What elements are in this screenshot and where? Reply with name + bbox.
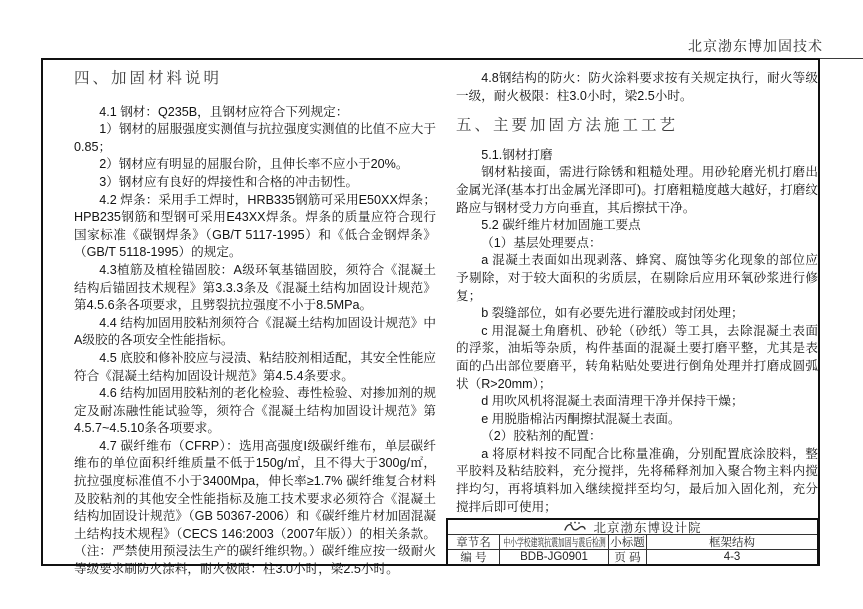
paragraph: e 用脱脂棉沾丙酮擦拭混凝土表面。 [456,411,818,429]
paragraph: 4.7 碳纤维布（CFRP）：选用高强度Ⅰ级碳纤维布，单层碳纤维布的单位面积纤维… [74,438,436,579]
paragraph: 3）钢材应有良好的焊接性和合格的冲击韧性。 [74,174,436,192]
paragraph: 4.1 钢材：Q235B，且钢材应符合下列规定： [74,104,436,122]
paragraph: 4.8钢结构的防火：防火涂料要求按有关规定执行，耐火等级一级，耐火极限：柱3.0… [456,70,818,105]
paragraph: c 用混凝土角磨机、砂轮（砂纸）等工具，去除混凝土表面的浮浆，油垢等杂质，构件基… [456,323,818,393]
subtitle-label-cell: 小标题 [609,535,647,550]
paragraph: 钢材粘接面，需进行除锈和粗糙处理。用砂轮磨光机打磨出金属光泽(基本打出金属光泽即… [456,164,818,217]
paragraph: 4.6 结构加固用胶粘剂的老化检验、毒性检验、对掺加剂的规定及耐冻融性能试验等，… [74,385,436,438]
paragraph: （2）胶粘剂的配置： [456,428,818,446]
title-block: 北京渤东博设计院 章节名 中小学校建筑抗震加固与震后检测 小标题 框架结构 编 … [446,518,819,566]
number-label-cell: 编 号 [448,550,500,564]
right-column: 4.8钢结构的防火：防火涂料要求按有关规定执行，耐火等级一级，耐火极限：柱3.0… [456,70,818,516]
paragraph: a 混凝土表面如出现剥落、蜂窝、腐蚀等劣化现象的部位应予剔除，对于较大面积的劣质… [456,252,818,305]
paragraph: a 将原材料按不同配合比称量准确，分别配置底涂胶料，整平胶料及粘结胶料，充分搅拌… [456,446,818,516]
paragraph: d 用吹风机将混凝土表面清理干净并保持干燥； [456,393,818,411]
page-label-cell: 页 码 [609,550,647,564]
running-header: 北京渤东博加固技术 [688,36,863,59]
section-heading-methods: 五、主要加固方法施工工艺 [456,117,818,135]
paragraph: （1）基层处理要点： [456,235,818,253]
number-value-cell: BDB-JG0901 [500,550,609,564]
paragraph: 4.2 焊条：采用手工焊时，HRB335钢筋可采用E50XX焊条；HPB235钢… [74,192,436,262]
paragraph: 1）钢材的屈服强度实测值与抗拉强度实测值的比值不应大于0.85； [74,121,436,156]
paragraph: 5.2 碳纤维片材加固施工要点 [456,217,818,235]
paragraph: b 裂缝部位，如有必要先进行灌胶或封闭处理； [456,305,818,323]
subtitle-value-cell: 框架结构 [647,535,817,550]
paragraph: 2）钢材应有明显的屈服台阶，且伸长率不应小于20%。 [74,156,436,174]
institute-name: 北京渤东博设计院 [593,518,701,536]
paragraph: 4.3植筋及植栓锚固胶：A级环氧基锚固胶，须符合《混凝土结构后锚固技术规程》第3… [74,262,436,315]
chapter-name: 中小学校建筑抗震加固与震后检测 [503,535,605,550]
left-column: 四、加固材料说明 4.1 钢材：Q235B，且钢材应符合下列规定： 1）钢材的屈… [74,70,436,579]
chapter-name-cell: 中小学校建筑抗震加固与震后检测 [500,535,609,550]
paragraph: 4.4 结构加固用胶粘剂须符合《混凝土结构加固设计规范》中A级胶的各项安全性能指… [74,315,436,350]
paragraph: 5.1.钢材打磨 [456,147,818,165]
title-block-institute-row: 北京渤东博设计院 [448,520,817,535]
signature-scribble-icon [563,521,587,533]
page-value-cell: 4-3 [647,550,817,564]
section-heading-materials: 四、加固材料说明 [74,70,436,88]
paragraph: 4.5 底胶和修补胶应与浸渍、粘结胶剂相适配，其安全性能应符合《混凝土结构加固设… [74,350,436,385]
chapter-label-cell: 章节名 [448,535,500,550]
